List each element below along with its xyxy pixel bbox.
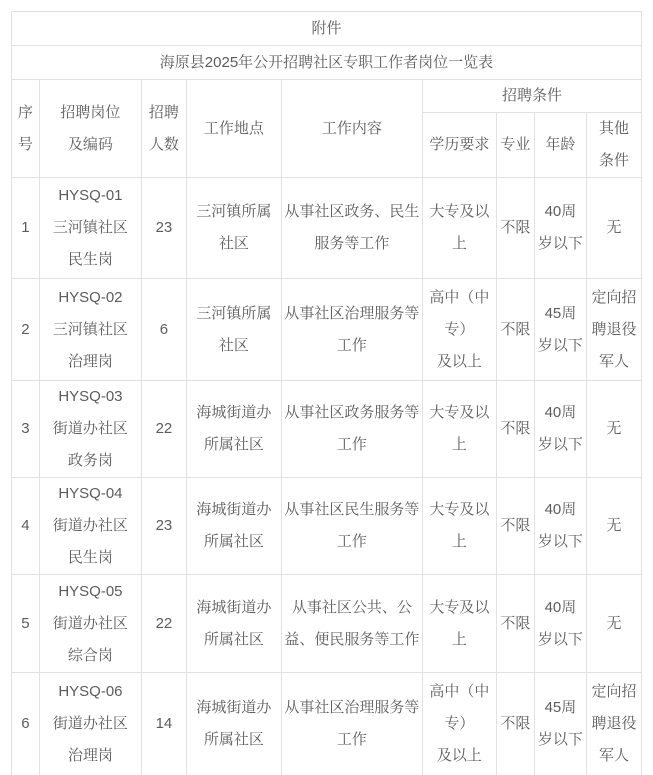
attachment-row: 附件 (11, 12, 641, 46)
cell-duties: 从事社区政务、民生 服务等工作 (281, 178, 422, 279)
cell-age: 40周 岁以下 (534, 478, 586, 575)
header-major: 专业 (496, 113, 534, 178)
cell-education: 大专及以 上 (422, 178, 496, 279)
cell-position-code: HYSQ-02 三河镇社区 治理岗 (39, 279, 141, 381)
attachment-label: 附件 (11, 12, 641, 46)
cell-age: 40周 岁以下 (534, 381, 586, 478)
cell-education: 大专及以 上 (422, 381, 496, 478)
title-row: 海原县2025年公开招聘社区专职工作者岗位一览表 (11, 46, 641, 80)
cell-location: 三河镇所属 社区 (186, 279, 281, 381)
cell-duties: 从事社区治理服务等 工作 (281, 673, 422, 775)
header-conditions-group: 招聘条件 (422, 80, 641, 113)
cell-headcount: 22 (141, 575, 186, 673)
cell-serial: 2 (11, 279, 39, 381)
cell-headcount: 23 (141, 178, 186, 279)
cell-major: 不限 (496, 279, 534, 381)
cell-other: 无 (586, 178, 641, 279)
cell-location: 海城街道办 所属社区 (186, 381, 281, 478)
table-row: 6 HYSQ-06 街道办社区 治理岗 14 海城街道办 所属社区 从事社区治理… (11, 673, 641, 775)
header-other: 其他 条件 (586, 113, 641, 178)
cell-major: 不限 (496, 673, 534, 775)
cell-age: 45周 岁以下 (534, 279, 586, 381)
cell-location: 海城街道办 所属社区 (186, 673, 281, 775)
cell-other: 无 (586, 381, 641, 478)
cell-serial: 3 (11, 381, 39, 478)
cell-age: 40周 岁以下 (534, 178, 586, 279)
cell-education: 高中（中 专） 及以上 (422, 673, 496, 775)
table-row: 1 HYSQ-01 三河镇社区 民生岗 23 三河镇所属 社区 从事社区政务、民… (11, 178, 641, 279)
cell-other: 无 (586, 575, 641, 673)
cell-position-code: HYSQ-03 街道办社区 政务岗 (39, 381, 141, 478)
page-title: 海原县2025年公开招聘社区专职工作者岗位一览表 (11, 46, 641, 80)
cell-education: 高中（中 专） 及以上 (422, 279, 496, 381)
header-row-top: 序号 招聘岗位 及编码 招聘 人数 工作地点 工作内容 招聘条件 (11, 80, 641, 113)
cell-major: 不限 (496, 478, 534, 575)
table-row: 2 HYSQ-02 三河镇社区 治理岗 6 三河镇所属 社区 从事社区治理服务等… (11, 279, 641, 381)
cell-other: 定向招 聘退役 军人 (586, 279, 641, 381)
cell-location: 海城街道办 所属社区 (186, 575, 281, 673)
cell-position-code: HYSQ-04 街道办社区 民生岗 (39, 478, 141, 575)
cell-duties: 从事社区政务服务等 工作 (281, 381, 422, 478)
header-location: 工作地点 (186, 80, 281, 178)
cell-serial: 5 (11, 575, 39, 673)
table-row: 5 HYSQ-05 街道办社区 综合岗 22 海城街道办 所属社区 从事社区公共… (11, 575, 641, 673)
cell-education: 大专及以 上 (422, 575, 496, 673)
cell-duties: 从事社区民生服务等 工作 (281, 478, 422, 575)
table-row: 4 HYSQ-04 街道办社区 民生岗 23 海城街道办 所属社区 从事社区民生… (11, 478, 641, 575)
header-position-code: 招聘岗位 及编码 (39, 80, 141, 178)
job-positions-table: 附件 海原县2025年公开招聘社区专职工作者岗位一览表 序号 招聘岗位 及编码 … (11, 11, 642, 775)
header-headcount: 招聘 人数 (141, 80, 186, 178)
cell-duties: 从事社区公共、公 益、便民服务等工作 (281, 575, 422, 673)
cell-headcount: 6 (141, 279, 186, 381)
header-duties: 工作内容 (281, 80, 422, 178)
cell-location: 海城街道办 所属社区 (186, 478, 281, 575)
cell-headcount: 22 (141, 381, 186, 478)
header-age: 年龄 (534, 113, 586, 178)
cell-age: 40周 岁以下 (534, 575, 586, 673)
table-row: 3 HYSQ-03 街道办社区 政务岗 22 海城街道办 所属社区 从事社区政务… (11, 381, 641, 478)
cell-major: 不限 (496, 381, 534, 478)
cell-other: 定向招 聘退役 军人 (586, 673, 641, 775)
cell-headcount: 14 (141, 673, 186, 775)
cell-other: 无 (586, 478, 641, 575)
cell-position-code: HYSQ-06 街道办社区 治理岗 (39, 673, 141, 775)
cell-duties: 从事社区治理服务等 工作 (281, 279, 422, 381)
cell-serial: 1 (11, 178, 39, 279)
cell-location: 三河镇所属 社区 (186, 178, 281, 279)
document-page: 附件 海原县2025年公开招聘社区专职工作者岗位一览表 序号 招聘岗位 及编码 … (0, 0, 653, 775)
cell-major: 不限 (496, 178, 534, 279)
cell-position-code: HYSQ-01 三河镇社区 民生岗 (39, 178, 141, 279)
cell-age: 45周 岁以下 (534, 673, 586, 775)
cell-position-code: HYSQ-05 街道办社区 综合岗 (39, 575, 141, 673)
cell-headcount: 23 (141, 478, 186, 575)
cell-serial: 6 (11, 673, 39, 775)
header-serial: 序号 (11, 80, 39, 178)
cell-education: 大专及以 上 (422, 478, 496, 575)
header-education: 学历要求 (422, 113, 496, 178)
cell-major: 不限 (496, 575, 534, 673)
cell-serial: 4 (11, 478, 39, 575)
